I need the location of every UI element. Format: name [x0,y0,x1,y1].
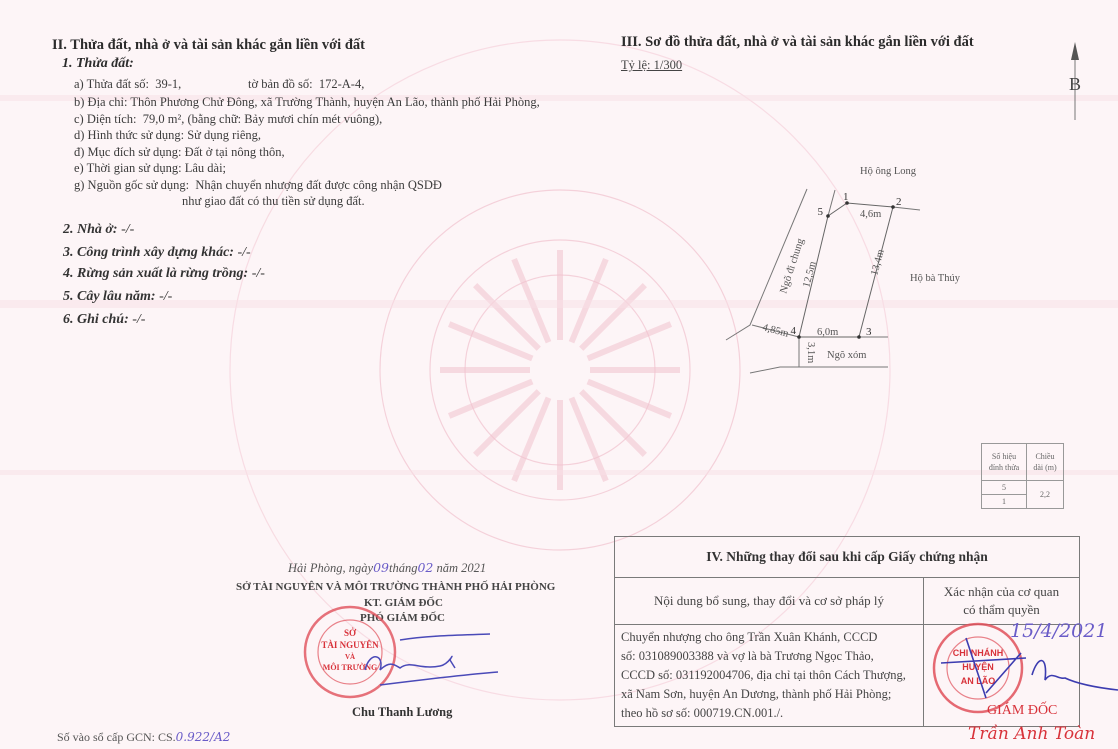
svg-text:HUYỆN: HUYỆN [962,661,994,672]
point-4: 4 [791,325,797,337]
map-scale: Tỷ lệ: 1/300 [621,58,682,73]
usage-term-line: e) Thời gian sử dụng: Lâu dài; [74,161,226,176]
parcel-number: 39-1, [155,77,181,91]
registration-number: Số vào sổ cấp GCN: CS.0.922/A2 [57,730,230,745]
south-lane-width: 3,1m [805,342,816,363]
svg-text:SỞ: SỞ [344,628,357,638]
edge-table-point: 5 [982,481,1027,495]
edge-table-header-length: Chiều dài (m) [1027,444,1064,481]
svg-text:AN LÃO: AN LÃO [961,676,996,686]
place-date: Hải Phòng, ngày09tháng02 năm 2021 [288,560,486,576]
origin-line-continued: như giao đất có thu tiền sử dụng đất. [182,194,365,209]
origin-line: g) Nguồn gốc sử dụng: Nhận chuyển nhượng… [74,178,442,193]
issuing-organization: SỞ TÀI NGUYÊN VÀ MÔI TRƯỜNG THÀNH PHỐ HẢ… [236,581,555,593]
signer-name: Chu Thanh Lương [352,705,452,720]
usage-purpose-line: đ) Mục đích sử dụng: Đất ở tại nông thôn… [74,145,285,160]
usage-form-line: d) Hình thức sử dụng: Sử dụng riêng, [74,128,261,143]
perennial-trees-item: 5. Cây lâu năm: -/- [63,289,172,305]
map-sheet-line: tờ bản đồ số: 172-A-4, [248,77,364,92]
section4-title: IV. Những thay đổi sau khi cấp Giấy chứn… [615,537,1080,578]
parcel-number-line: a) Thửa đất số: 39-1, [74,77,181,92]
svg-text:VÀ: VÀ [345,653,355,661]
neighbor-east: Hộ bà Thúy [910,273,961,284]
edge-2-3-length: 13,4m [869,248,886,276]
confirmation-role: GIÁM ĐỐC [987,703,1057,719]
house-item: 2. Nhà ở: -/- [63,222,134,238]
point-1: 1 [843,191,849,203]
edge-table-point: 1 [982,495,1027,509]
north-arrow-icon: B [1062,40,1092,120]
edge-3-4-length: 6,0m [817,327,838,338]
other-construction-item: 3. Công trình xây dựng khác: -/- [63,245,251,261]
point-5: 5 [818,206,824,218]
edge-1-2-length: 4,6m [860,209,881,220]
parcel-diagram: 1 2 3 4 5 Hộ ông Long Hộ bà Thúy Ngõ đi … [720,160,980,380]
south-lane-label: Ngõ xóm [827,350,866,361]
land-parcel-heading: 1. Thửa đất: [62,56,134,72]
edge-table-length: 2,2 [1027,481,1064,509]
section2-title: II. Thửa đất, nhà ở và tài sản khác gắn … [52,37,365,54]
confirmation-signature-scribble [1030,650,1118,700]
point-3: 3 [866,326,872,338]
signature-scribble [360,630,500,690]
change-entry-content: Chuyển nhượng cho ông Trần Xuân Khánh, C… [615,625,924,727]
planted-forest-item: 4. Rừng sản xuất là rừng trồng: -/- [63,266,265,282]
section3-title: III. Sơ đồ thửa đất, nhà ở và tài sản kh… [621,34,974,51]
map-sheet-number: 172-A-4, [319,77,364,91]
edge-4-5-length: 12,5m [801,260,818,288]
neighbor-north: Hộ ông Long [860,166,917,177]
changes-col-content-header: Nội dung bổ sung, thay đổi và cơ sở pháp… [615,578,924,625]
north-label: B [1069,74,1081,94]
west-lane-width: 4,85m [761,322,789,339]
area-line: c) Diện tích: 79,0 m², (bằng chữ: Bảy mư… [74,112,382,127]
point-2: 2 [896,196,902,208]
edge-length-table: Số hiệu đỉnh thửa Chiều dài (m) 5 2,2 1 [981,443,1064,509]
confirmation-signer: Trần Anh Toàn [968,724,1095,744]
address-line: b) Địa chỉ: Thôn Phương Chử Đông, xã Trư… [74,95,540,110]
edge-table-header-points: Số hiệu đỉnh thửa [982,444,1027,481]
notes-item: 6. Ghi chú: -/- [63,312,145,328]
svg-text:CHI NHÁNH: CHI NHÁNH [953,648,1004,658]
